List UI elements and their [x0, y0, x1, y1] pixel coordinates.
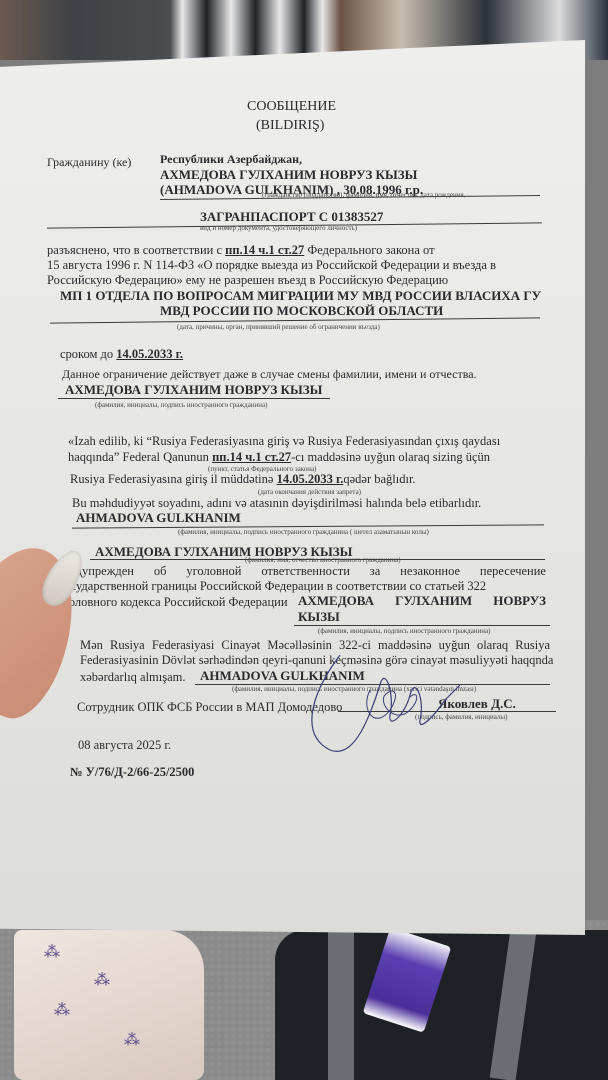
citizenship: Республики Азербайджан, [160, 152, 302, 167]
az-line2-end: -cı maddəsinə uyğun olaraq sizing üçün [291, 450, 490, 464]
az-line4: Bu məhdudiyyət soyadını, adını və atasın… [72, 496, 481, 511]
warning-word: пересечение [480, 564, 546, 579]
warning-name: АХМЕДОВА ГУЛХАНИМ НОВРУЗ [298, 593, 546, 608]
caption-sign-1: (фамилия, инициалы, подпись иностранного… [95, 401, 267, 409]
para1-line2: 15 августа 1996 г. N 114-ФЗ «О порядке в… [47, 258, 496, 273]
document-title: СООБЩЕНИЕ [247, 99, 336, 114]
warning-name-part: ГУЛХАНИМ [395, 593, 472, 608]
az-line2: haqqında” Federal Qanunun пп.14 ч.1 ст.2… [68, 450, 490, 465]
citizen-label: Гражданину (ке) [47, 155, 131, 170]
warning-name-part: НОВРУЗ [493, 593, 546, 608]
warning-word: уголовной [186, 564, 241, 579]
caption-date: (дата окончания действия запрета) [258, 488, 361, 496]
law-reference: пп.14 ч.1 ст.27 [225, 243, 304, 257]
warning-name-end: КЫЗЫ [298, 609, 340, 624]
passport-number: ЗАГРАНПАСПОРТ С 01383527 [200, 209, 383, 224]
az-date: 14.05.2033 г. [277, 472, 344, 486]
caption-passport: вид и номер документа, удостоверяющего л… [200, 224, 357, 232]
shopping-bag: ⁂ ⁂ ⁂ ⁂ [14, 930, 204, 1080]
az-line2-start: haqqında” Federal Qanunun [68, 450, 209, 464]
warning-line1: редупрежден об уголовной ответственности… [64, 564, 546, 579]
az-law-reference: пп.14 ч.1 ст.27 [212, 450, 291, 464]
para1-line1: разъяснено, что в соответствии с пп.14 ч… [47, 243, 435, 258]
az-line3-start: Rusiya Federasiyasına giriş il müddətinə [70, 472, 273, 486]
document-paper: СООБЩЕНИЕ (BILDIRIŞ) Гражданину (ке) Рес… [0, 40, 585, 935]
suitcase-handle-left [328, 930, 354, 1080]
document-number: № У/76/Д-2/66-25/2500 [70, 765, 194, 780]
az-warning-line3: xəbərdarlıq almışam. [80, 670, 186, 685]
az-line1: «Izah edilib, ki “Rusiya Federasiyasına … [68, 434, 500, 449]
sign-name-lat-1: AHMADOVA GULKHANIM [76, 510, 241, 525]
para1-end: Федерального закона от [307, 243, 434, 257]
caption-fio: (фамилия, имя, отчество иностранного гра… [245, 556, 401, 564]
warning-word: ответственности [261, 564, 350, 579]
sign-name-ru-1: АХМЕДОВА ГУЛХАНИМ НОВРУЗ КЫЗЫ [65, 382, 322, 397]
az-line3: Rusiya Federasiyasına giriş il müddətinə… [70, 472, 416, 487]
para1-start: разъяснено, что в соответствии с [47, 243, 222, 257]
warning-line3: головного кодекса Российской Федерации [64, 595, 288, 610]
rule [58, 398, 330, 399]
warning-line2: осударственной границы Российской Федера… [64, 579, 486, 594]
term: сроком до 14.05.2033 г. [60, 347, 183, 362]
officer-signature [300, 655, 470, 755]
term-label: сроком до [60, 347, 113, 361]
authority-line2: МВД РОССИИ ПО МОСКОВСКОЙ ОБЛАСТИ [160, 303, 443, 318]
rule [294, 625, 550, 626]
warning-word: за [370, 564, 381, 579]
caption-person: (гражданство (подданство), фамилия, имя,… [262, 191, 466, 199]
citizen-name-ru: АХМЕДОВА ГУЛХАНИМ НОВРУЗ КЫЗЫ [160, 167, 417, 182]
authority-line1: МП 1 ОТДЕЛА ПО ВОПРОСАМ МИГРАЦИИ МУ МВД … [60, 288, 541, 303]
document-subtitle: (BILDIRIŞ) [256, 118, 324, 133]
warning-word: незаконное [400, 564, 460, 579]
document-date: 08 августа 2025 г. [78, 738, 171, 753]
term-date: 14.05.2033 г. [116, 347, 183, 361]
caption-authority: (дата, причины, орган, принявший решение… [177, 323, 380, 331]
caption-sign-2: (фамилия, инициалы, подпись иностранного… [178, 528, 429, 536]
restriction-note: Данное ограничение действует даже в случ… [62, 367, 477, 382]
caption-warning: (фамилия, инициалы, подпись иностранного… [318, 627, 490, 635]
warning-word: об [154, 564, 167, 579]
warning-name-part: АХМЕДОВА [298, 593, 374, 608]
para1-line3: Российскую Федерацию» ему не разрешен въ… [47, 273, 448, 288]
az-warning-text: Mən Rusiya Federasiyasi Cinayət Məcəlləs… [80, 638, 550, 653]
az-warning-line1: Mən Rusiya Federasiyasi Cinayət Məcəlləs… [80, 638, 550, 653]
document: СООБЩЕНИЕ (BILDIRIŞ) Гражданину (ке) Рес… [0, 40, 585, 935]
az-line3-end: qədər bağlıdır. [343, 472, 415, 486]
